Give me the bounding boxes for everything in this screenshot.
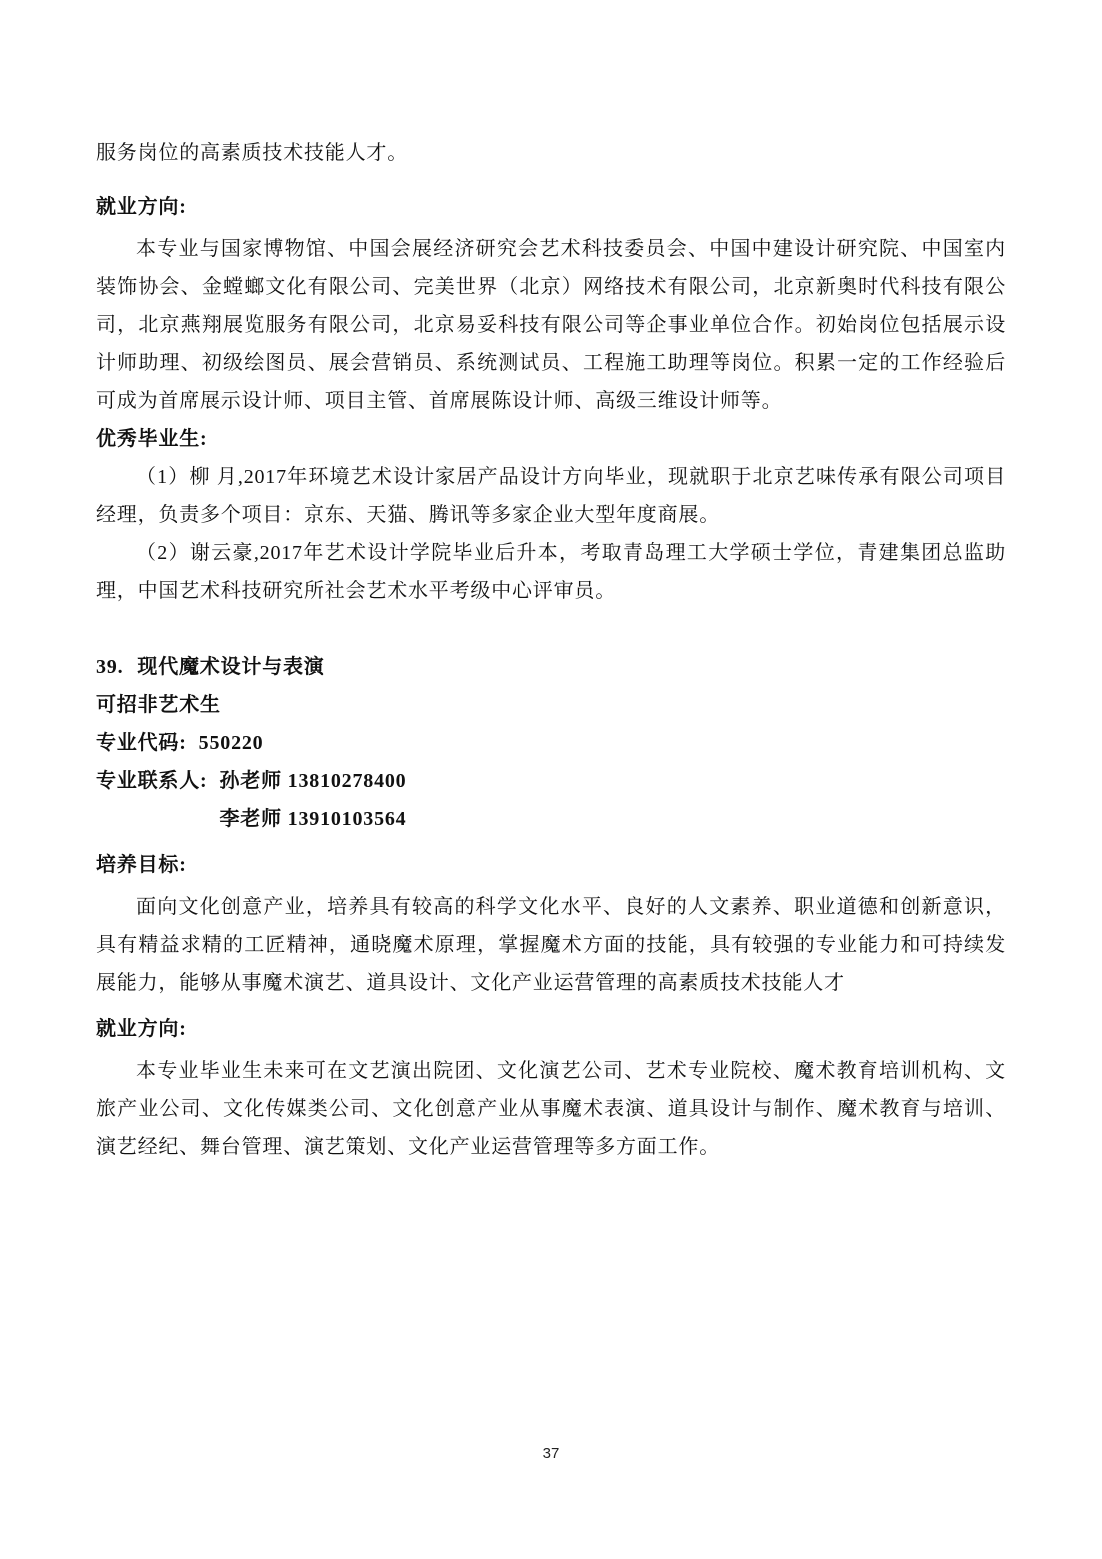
employment-direction-paragraph: 本专业与国家博物馆、中国会展经济研究会艺术科技委员会、中国中建设计研究院、中国室… <box>96 230 1006 420</box>
contact-label: 专业联系人: <box>96 762 207 838</box>
major-number: 39. <box>96 648 123 686</box>
contact-line-2: 李老师 13910103564 <box>219 800 406 838</box>
graduate-item-2: （2）谢云豪,2017年艺术设计学院毕业后升本，考取青岛理工大学硕士学位，青建集… <box>96 534 1006 610</box>
training-objective-heading: 培养目标: <box>96 846 1006 884</box>
non-art-student-note: 可招非艺术生 <box>96 686 1006 724</box>
major-contact-row: 专业联系人: 孙老师 13810278400 李老师 13910103564 <box>96 762 1006 838</box>
major-code-value: 550220 <box>199 724 264 762</box>
document-page: 服务岗位的高素质技术技能人才。 就业方向: 本专业与国家博物馆、中国会展经济研究… <box>0 0 1102 1559</box>
major-39-block: 39. 现代魔术设计与表演 可招非艺术生 专业代码: 550220 专业联系人:… <box>96 648 1006 838</box>
major-title: 39. 现代魔术设计与表演 <box>96 648 1006 686</box>
major-title-text: 现代魔术设计与表演 <box>137 648 324 686</box>
previous-section-tail-paragraph: 服务岗位的高素质技术技能人才。 <box>96 134 1006 172</box>
major-code-row: 专业代码: 550220 <box>96 724 1006 762</box>
page-content: 服务岗位的高素质技术技能人才。 就业方向: 本专业与国家博物馆、中国会展经济研究… <box>0 0 1102 1166</box>
contact-line-1: 孙老师 13810278400 <box>219 762 406 800</box>
major-code-label: 专业代码: <box>96 724 187 762</box>
training-objective-paragraph: 面向文化创意产业，培养具有较高的科学文化水平、良好的人文素养、职业道德和创新意识… <box>96 888 1006 1002</box>
contact-lines: 孙老师 13810278400 李老师 13910103564 <box>219 762 406 838</box>
page-number: 37 <box>0 1444 1102 1464</box>
employment-direction-heading: 就业方向: <box>96 188 1006 226</box>
employment-direction-paragraph-2: 本专业毕业生未来可在文艺演出院团、文化演艺公司、艺术专业院校、魔术教育培训机构、… <box>96 1052 1006 1166</box>
graduate-item-1: （1）柳 月,2017年环境艺术设计家居产品设计方向毕业，现就职于北京艺味传承有… <box>96 458 1006 534</box>
outstanding-graduates-heading: 优秀毕业生: <box>96 420 1006 458</box>
employment-direction-heading-2: 就业方向: <box>96 1010 1006 1048</box>
